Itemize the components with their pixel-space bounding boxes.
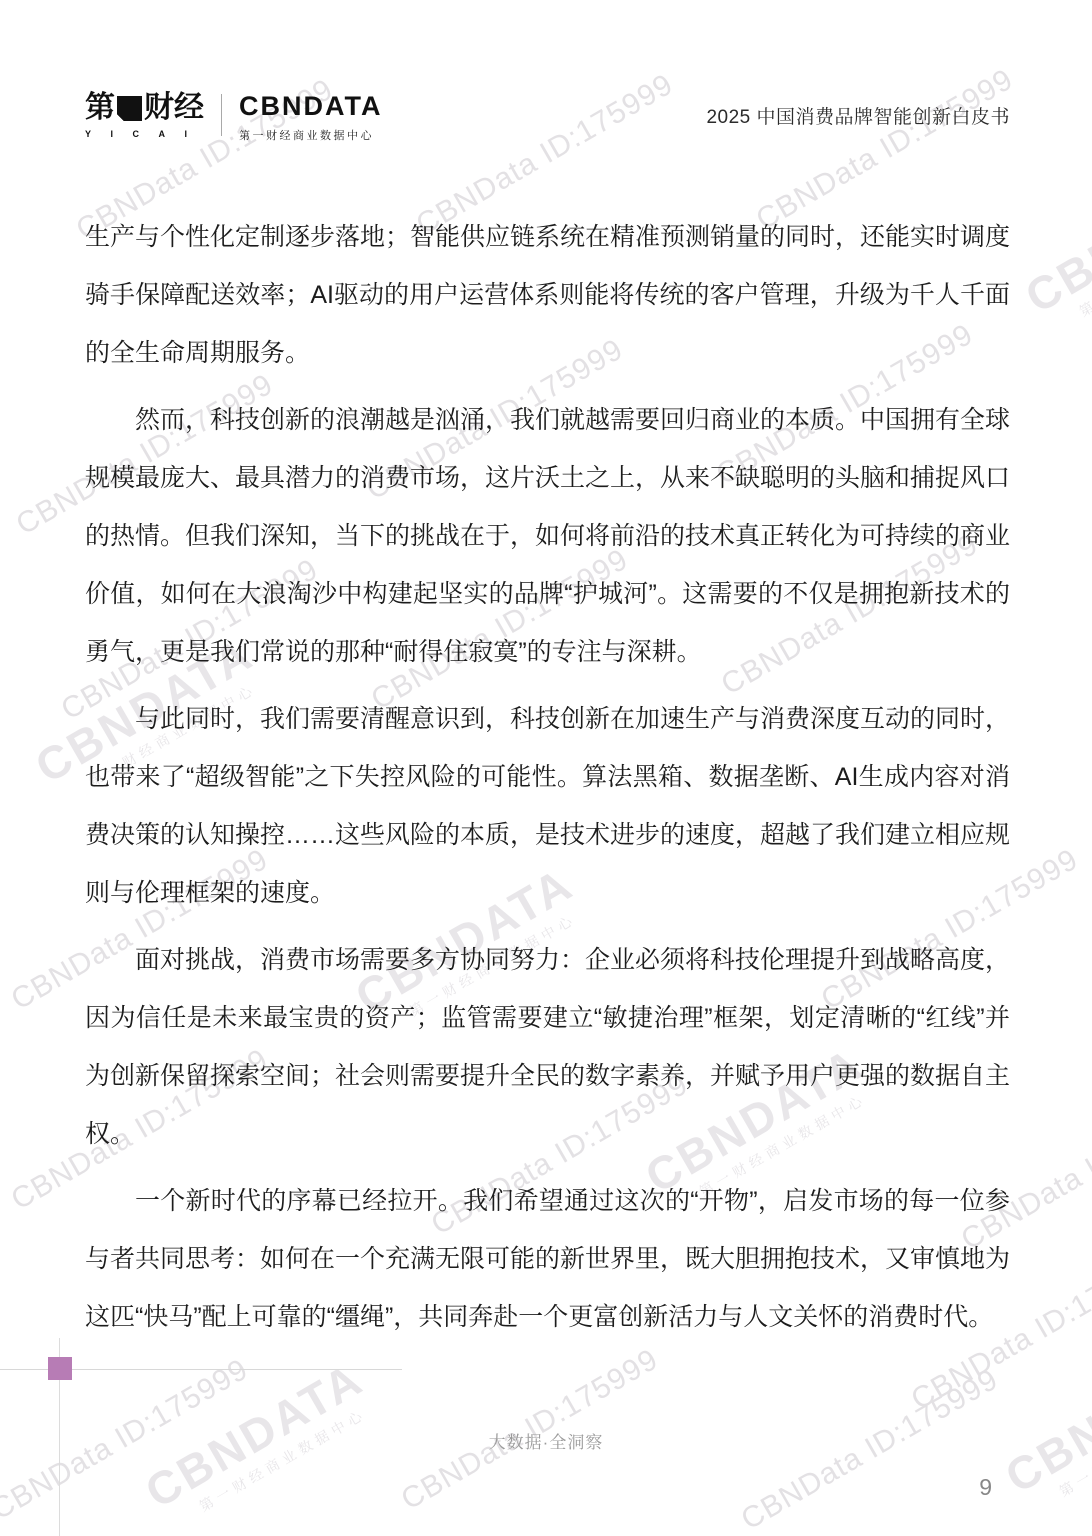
- document-title: 2025 中国消费品牌智能创新白皮书: [706, 102, 1010, 129]
- body-text: 生产与个性化定制逐步落地；智能供应链系统在精准预测销量的同时，还能实时调度骑手保…: [85, 208, 1010, 1355]
- yicai-letter: I: [111, 129, 114, 139]
- cbndata-logo: CBNDATA 第一财经商业数据中心: [239, 93, 382, 143]
- paragraph: 与此同时，我们需要清醒意识到，科技创新在加速生产与消费深度互动的同时，也带来了“…: [85, 690, 1010, 922]
- watermark-logo-text: CBNDATA: [998, 1340, 1092, 1501]
- logo-divider: [221, 94, 222, 136]
- paragraph: 一个新时代的序幕已经拉开。我们希望通过这次的“开物”，启发市场的每一位参与者共同…: [85, 1172, 1010, 1346]
- yicai-letter: Y: [85, 129, 91, 139]
- cbndata-logo-subtitle: 第一财经商业数据中心: [239, 127, 382, 143]
- page-number: 9: [979, 1474, 992, 1501]
- paragraph: 然而，科技创新的浪潮越是汹涌，我们就越需要回归商业的本质。中国拥有全球规模最庞大…: [85, 391, 1010, 681]
- watermark-logo-text: CBNDATA: [1018, 160, 1092, 321]
- yicai-logo-char-caijing: 财经: [144, 93, 204, 123]
- yicai-logo-char-di: 第: [85, 93, 115, 123]
- yicai-letter: C: [133, 129, 140, 139]
- watermark-logo-subtext: 第一财经商业数据中心: [163, 1397, 382, 1535]
- yicai-letter: A: [158, 129, 165, 139]
- whitepaper-page: CBNData ID:175999 CBNData ID:175999 CBND…: [0, 0, 1092, 1536]
- watermark-logo-subtext: 第一财经商业数据中心: [1043, 202, 1092, 340]
- yicai-logo: 第 财经 Y I C A I: [85, 93, 204, 139]
- accent-square: [48, 1357, 72, 1380]
- publisher-logos: 第 财经 Y I C A I CBNDATA 第一财经商业数据中心: [85, 93, 382, 143]
- yicai-logo-letters: Y I C A I: [85, 129, 187, 139]
- cbndata-logo-text: CBNDATA: [239, 93, 382, 120]
- yicai-logo-mark-icon: [117, 96, 142, 121]
- yicai-letter: I: [184, 129, 187, 139]
- page-header: 第 财经 Y I C A I CBNDATA 第一财经商业数据中心 2025 中…: [85, 93, 1010, 143]
- paragraph: 生产与个性化定制逐步落地；智能供应链系统在精准预测销量的同时，还能实时调度骑手保…: [85, 208, 1010, 382]
- paragraph: 面对挑战，消费市场需要多方协同努力：企业必须将科技伦理提升到战略高度，因为信任是…: [85, 931, 1010, 1163]
- yicai-logo-text: 第 财经: [85, 93, 204, 123]
- footer-slogan: 大数据·全洞察: [0, 1428, 1092, 1453]
- watermark-logo: CBNDATA 第一财经商业数据中心: [1018, 160, 1092, 341]
